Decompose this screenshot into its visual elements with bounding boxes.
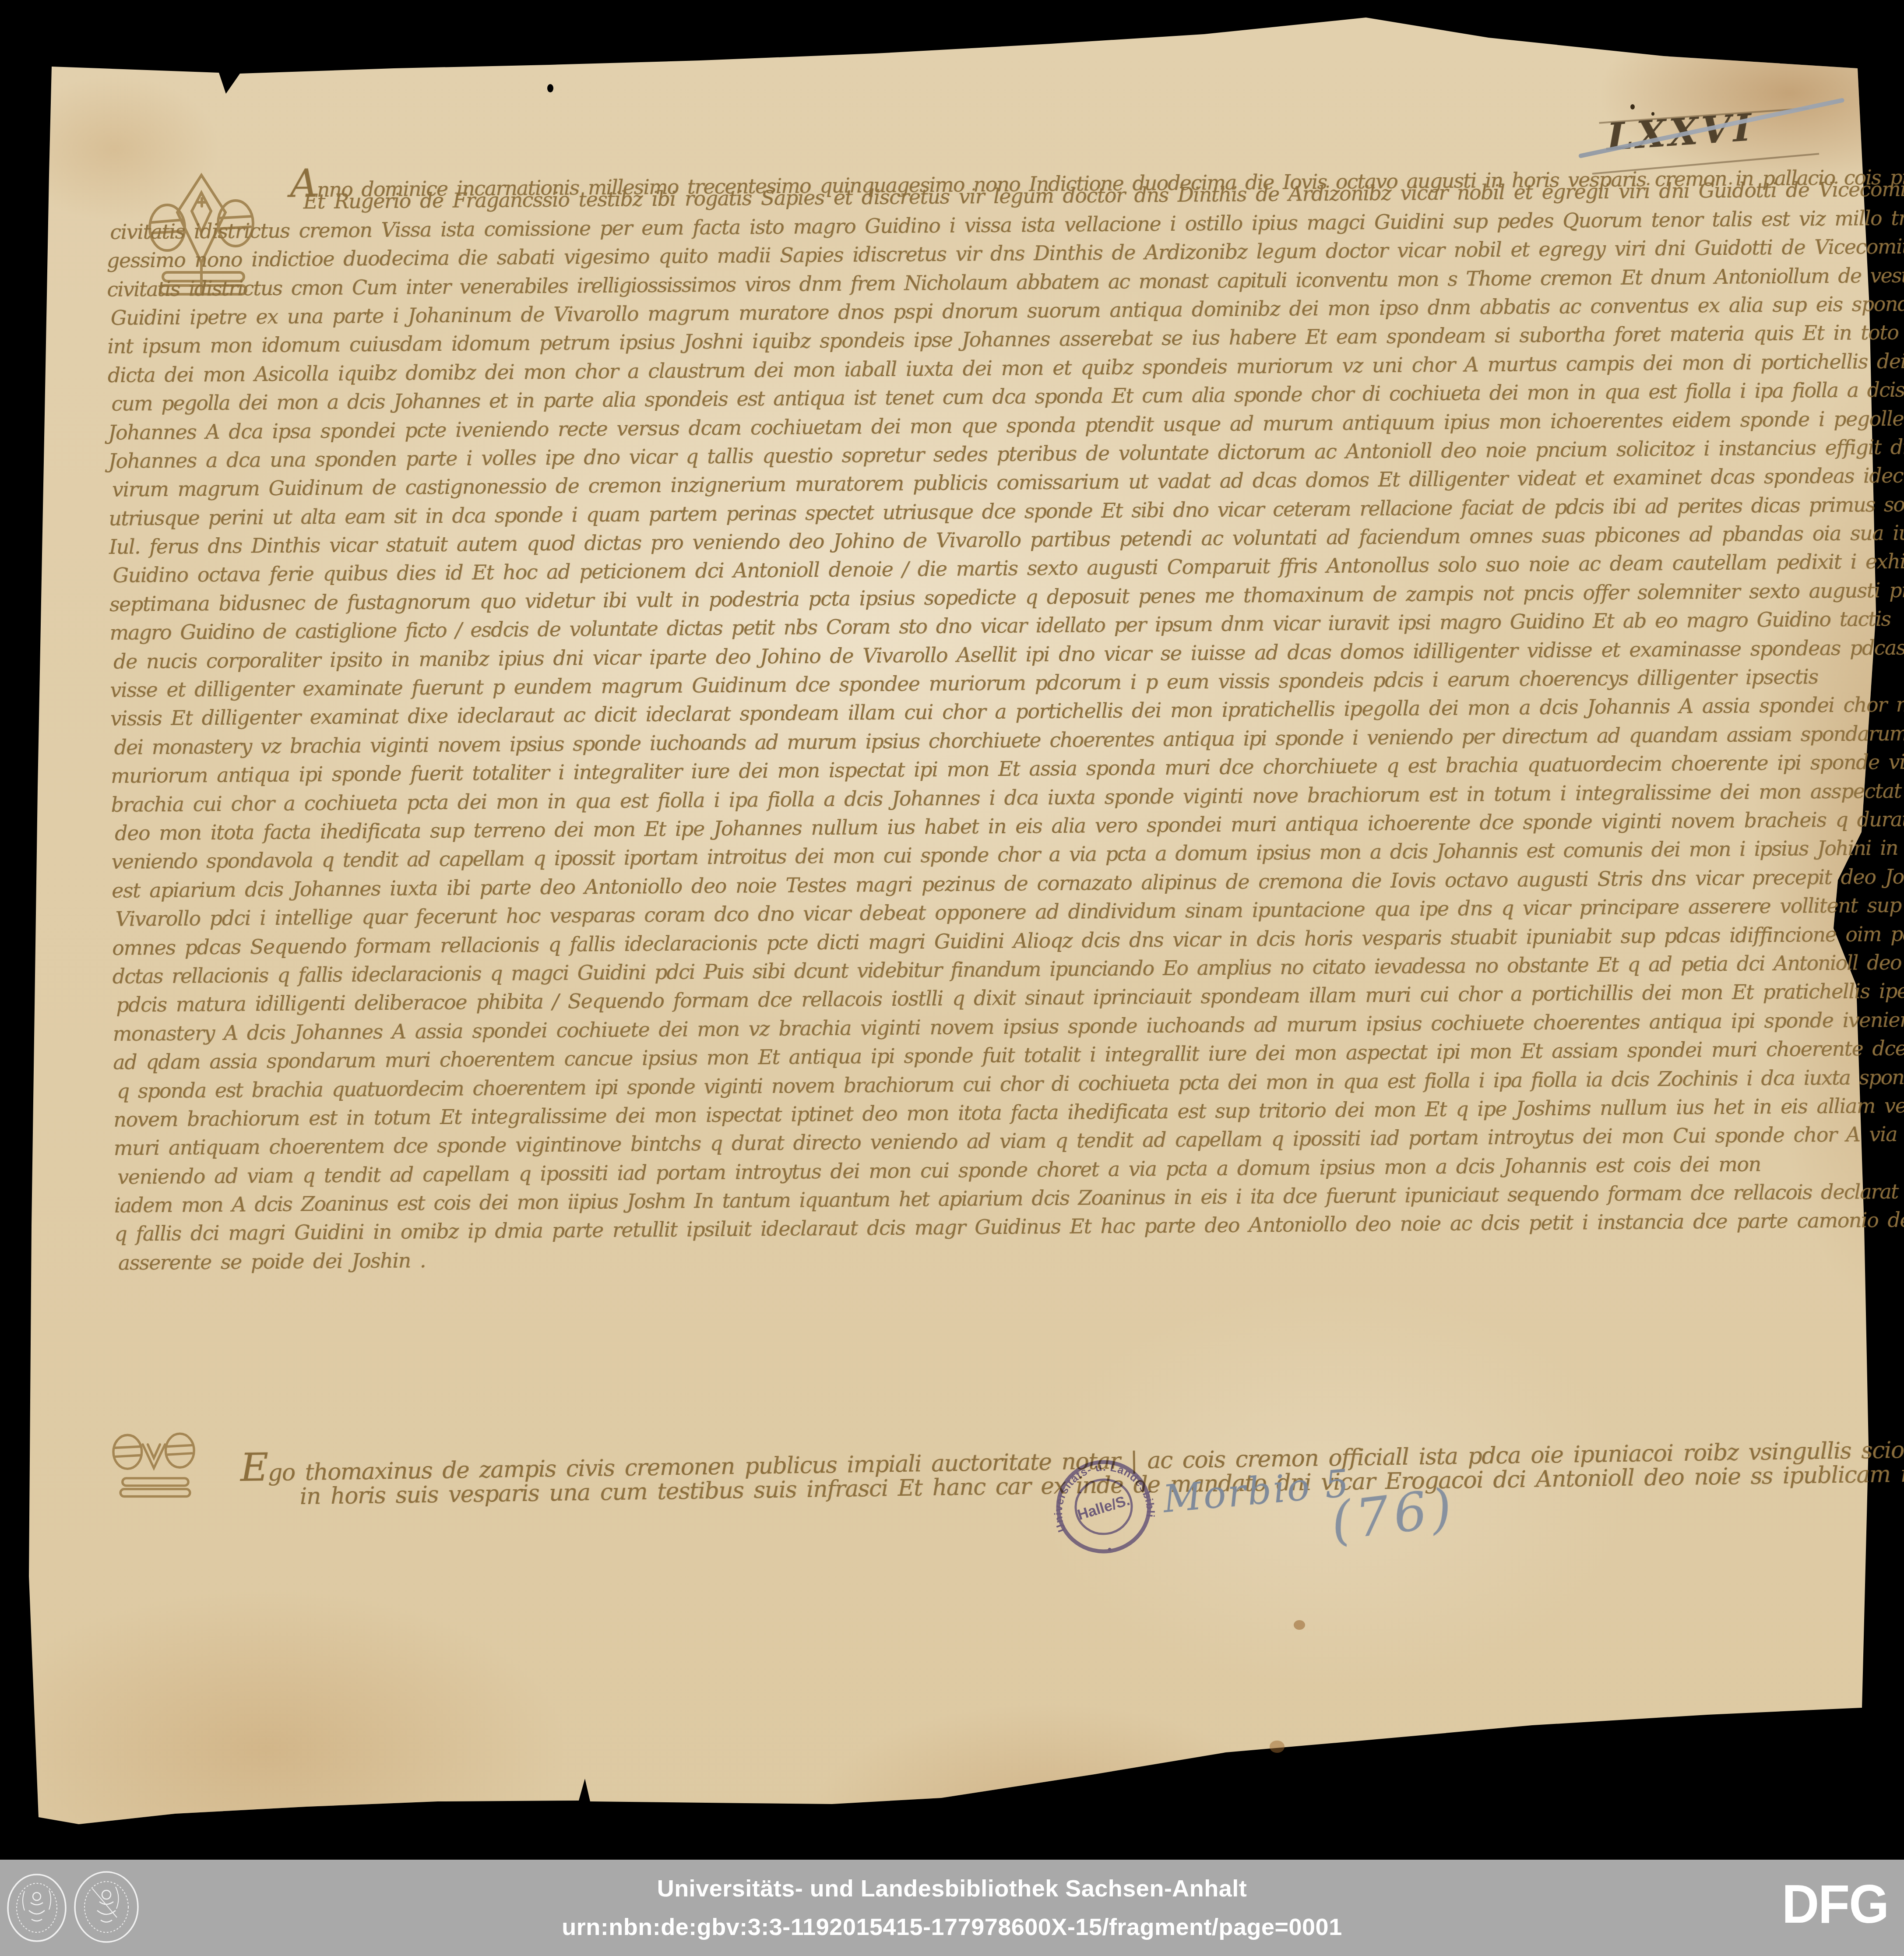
library-stamp: Universitäts- u. Landesbibliothek • Hall… xyxy=(1042,1445,1165,1568)
stamp-center-text: Halle/S. xyxy=(1076,1492,1132,1523)
stamp-bottom-dot: • xyxy=(1107,1543,1112,1556)
digitized-manuscript-page: LXXVI xyxy=(0,0,1904,1956)
manuscript-text-block: Anno dominice incarnationis millesimo tr… xyxy=(106,149,1865,1337)
notary-signum-bottom xyxy=(109,1431,201,1512)
institution-name: Universitäts- und Landesbibliothek Sachs… xyxy=(657,1875,1247,1902)
parchment-hole xyxy=(547,84,553,92)
svg-text:Universitäts- u. Landesbibliot: Universitäts- u. Landesbibliothek xyxy=(1042,1445,1158,1535)
stain-spot xyxy=(1294,1620,1305,1630)
ink-speck xyxy=(1630,104,1635,109)
stain-spot xyxy=(1270,1741,1285,1753)
viewer-footer-bar: Universitäts- und Landesbibliothek Sachs… xyxy=(0,1860,1904,1956)
dfg-logo: DFG xyxy=(1782,1873,1888,1936)
document-urn: urn:nbn:de:gbv:3:3-1192015415-177978600X… xyxy=(562,1914,1342,1941)
stamp-ring-text: Universitäts- u. Landesbibliothek xyxy=(1042,1445,1158,1535)
footer-text: Universitäts- und Landesbibliothek Sachs… xyxy=(0,1860,1904,1956)
